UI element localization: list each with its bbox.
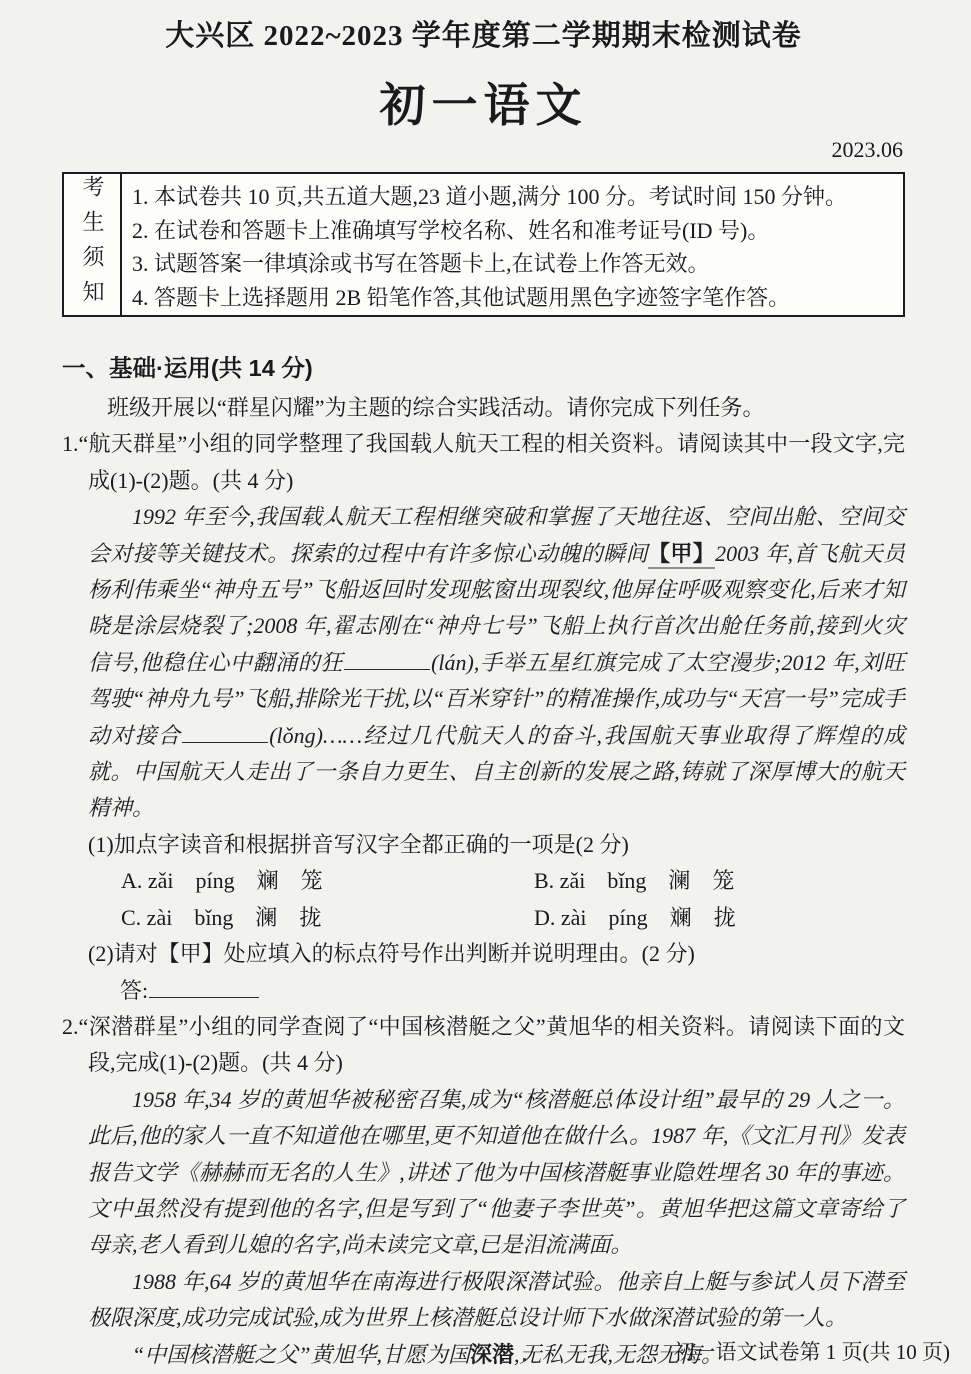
notice-item-2: 2. 在试卷和答题卡上准确填写学校名称、姓名和准考证号(ID 号)。 xyxy=(132,214,893,248)
question-2-number: 2. xyxy=(62,1014,79,1039)
answer-line: 答: xyxy=(120,973,905,1009)
passage-2-para-2: 1988 年,64 岁的黄旭华在南海进行极限深潜试验。他亲自上艇与参试人员下潜至… xyxy=(88,1264,905,1337)
question-2-stem: 2.“深潜群星”小组的同学查阅了“中国核潜艇之父”黄旭华的相关资料。请阅读下面的… xyxy=(62,1009,905,1082)
passage-2-para-1: 1958 年,34 岁的黄旭华被秘密召集,成为“核潜艇总体设计组”最早的 29 … xyxy=(88,1082,905,1264)
page-footer: 初一语文试卷第 1 页(共 10 页) xyxy=(674,1338,951,1366)
option-d: D. zài píng 斓 拢 xyxy=(534,900,905,936)
notice-body: 1. 本试卷共 10 页,共五道大题,23 道小题,满分 100 分。考试时间 … xyxy=(122,174,903,315)
notice-item-3: 3. 试题答案一律填涂或书写在答题卡上,在试卷上作答无效。 xyxy=(132,247,893,281)
passage-1: 1992 年至今,我国载人航天工程相继突破和掌握了天地往返、空间出舱、空间交会对… xyxy=(88,499,905,827)
question-2-text: “深潜群星”小组的同学查阅了“中国核潜艇之父”黄旭华的相关资料。请阅读下面的文段… xyxy=(79,1014,906,1075)
option-b: B. zǎi bǐng 澜 笼 xyxy=(534,863,905,899)
sub-question-1-2-label: (2)请对【甲】处应填入的标点符号作出判断并说明理由。(2 分) xyxy=(88,936,905,972)
exam-title: 大兴区 2022~2023 学年度第二学期期末检测试卷 xyxy=(62,16,905,56)
subject-title: 初一语文 xyxy=(62,78,905,132)
option-c: C. zài bǐng 澜 拢 xyxy=(121,900,534,936)
option-a: A. zǎi píng 斓 笼 xyxy=(121,863,534,899)
exam-date: 2023.06 xyxy=(62,136,905,164)
question-1-text: “航天群星”小组的同学整理了我国载人航天工程的相关资料。请阅读其中一段文字,完成… xyxy=(79,431,906,492)
notice-box: 考生须知 1. 本试卷共 10 页,共五道大题,23 道小题,满分 100 分。… xyxy=(62,172,905,317)
section-heading: 一、基础·运用(共 14 分) xyxy=(62,353,905,383)
sub-question-1-1-label: (1)加点字读音和根据拼音写汉字全都正确的一项是(2 分) xyxy=(88,827,905,863)
notice-item-4: 4. 答题卡上选择题用 2B 铅笔作答,其他试题用黑色字迹签字笔作答。 xyxy=(132,281,893,315)
option-grid: A. zǎi píng 斓 笼 B. zǎi bǐng 澜 笼 C. zài b… xyxy=(88,863,905,936)
notice-item-1: 1. 本试卷共 10 页,共五道大题,23 道小题,满分 100 分。考试时间 … xyxy=(132,180,893,214)
section-intro: 班级开展以“群星闪耀”为主题的综合实践活动。请你完成下列任务。 xyxy=(62,390,905,426)
question-1-stem: 1.“航天群星”小组的同学整理了我国载人航天工程的相关资料。请阅读其中一段文字,… xyxy=(62,426,905,499)
notice-side-cell: 考生须知 xyxy=(64,174,122,315)
question-1-number: 1. xyxy=(62,431,79,456)
notice-side-label: 考生须知 xyxy=(64,175,120,315)
exam-page: 大兴区 2022~2023 学年度第二学期期末检测试卷 初一语文 2023.06… xyxy=(0,0,971,1374)
